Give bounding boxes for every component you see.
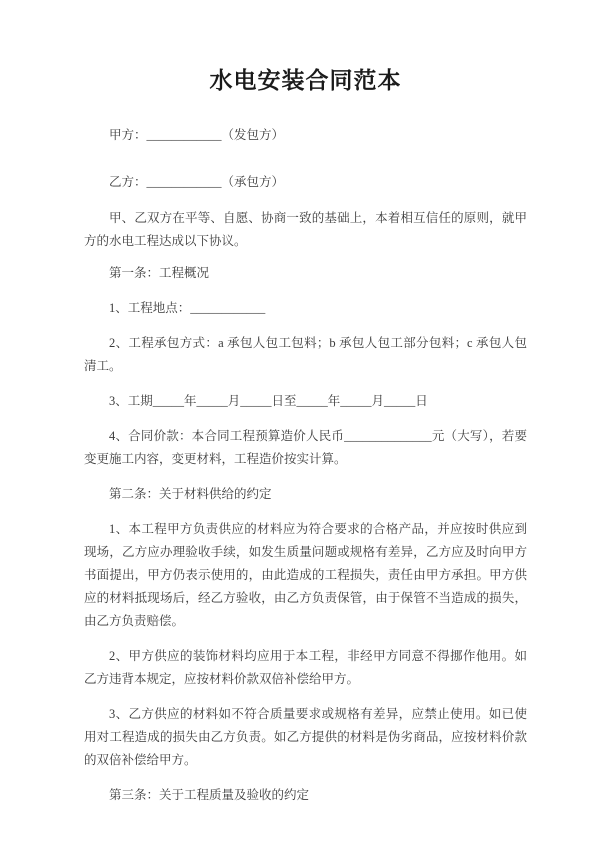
contract-document-page: 水电安装合同范本 甲方：____________（发包方） 乙方：_______…	[0, 0, 600, 849]
intro-paragraph: 甲、乙双方在平等、自愿、协商一致的基础上，本着相互信任的原则，就甲方的水电工程达…	[84, 207, 527, 253]
contract-item-project-location: 1、工程地点：____________	[84, 297, 527, 320]
party-a-line: 甲方：____________（发包方）	[84, 124, 527, 147]
contract-item-construction-period: 3、工期_____年_____月_____日至_____年_____月_____…	[84, 390, 527, 413]
contract-title: 水电安装合同范本	[84, 62, 527, 100]
section-2-heading: 第二条：关于材料供给的约定	[84, 483, 527, 506]
contract-item-contract-price: 4、合同价款：本合同工程预算造价人民币______________元（大写），若…	[84, 425, 527, 471]
section-3-heading: 第三条：关于工程质量及验收的约定	[84, 784, 527, 807]
contract-item-contracting-method: 2、工程承包方式：a 承包人包工包料；b 承包人包工部分包料；c 承包人包清工。	[84, 332, 527, 378]
contract-item-material-usage-restriction: 2、甲方供应的装饰材料均应用于本工程，非经甲方同意不得挪作他用。如乙方违背本规定…	[84, 645, 527, 691]
contract-item-material-supply-party-b: 3、乙方供应的材料如不符合质量要求或规格有差异，应禁止使用。如已使用对工程造成的…	[84, 703, 527, 772]
contract-item-material-supply-party-a: 1、本工程甲方负责供应的材料应为符合要求的合格产品，并应按时供应到现场，乙方应办…	[84, 518, 527, 633]
section-1-heading: 第一条：工程概况	[84, 262, 527, 285]
party-b-line: 乙方：____________（承包方）	[84, 171, 527, 194]
